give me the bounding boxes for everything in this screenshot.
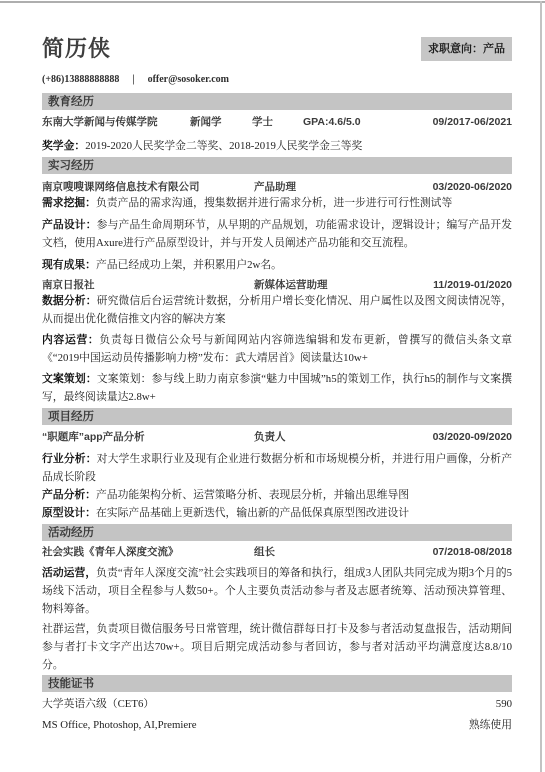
bullet-text: 参与产品生命周期环节，从早期的产品规划，功能需求设计，逻辑设计；编写产品开发文档… <box>42 219 512 249</box>
activity-name: 社会实践《青年人深度交流》 <box>42 546 254 559</box>
page-right-border <box>540 1 542 772</box>
bullet-requirement-mining: 需求挖掘：负责产品的需求沟通，搜集数据并进行需求分析，进一步进行可行性测试等 <box>42 194 512 212</box>
skill-level: 590 <box>496 697 512 712</box>
bullet-achievement: 现有成果：产品已经成功上架，并积累用户2w名。 <box>42 256 512 274</box>
bullet-data-analysis: 数据分析：研究微信后台运营统计数据，分析用户增长变化情况、用户属性以及图文阅读情… <box>42 292 512 328</box>
activity-row: 社会实践《青年人深度交流》 组长 07/2018-08/2018 <box>42 546 512 559</box>
activity-date: 07/2018-08/2018 <box>433 546 512 559</box>
education-date: 09/2017-06/2021 <box>433 116 512 129</box>
position-title: 产品助理 <box>254 181 433 194</box>
bullet-text: 研究微信后台运营统计数据，分析用户增长变化情况、用户属性以及图文阅读情况等，从而… <box>42 295 512 325</box>
major: 新闻学 <box>190 116 252 129</box>
section-header-internship: 实习经历 <box>42 157 512 174</box>
bullet-label: 现有成果： <box>42 259 96 271</box>
scholarship-label: 奖学金： <box>42 140 85 152</box>
bullet-label: 数据分析： <box>42 295 97 307</box>
bullet-text: 对大学生求职行业及现有企业进行数据分析和市场规模分析，并进行用户画像，分析产品成… <box>42 453 512 483</box>
project-name: “职题库”app产品分析 <box>42 431 254 444</box>
school-name: 东南大学新闻与传媒学院 <box>42 116 190 129</box>
degree: 学士 <box>252 116 303 129</box>
bullet-community-operation: 社群运营，负责项目微信服务号日常管理，统计微信群每日打卡及参与者活动复盘报告，活… <box>42 620 512 674</box>
job-intention-badge: 求职意向：产品 <box>421 37 512 61</box>
activity-bullets: 活动运营，负责“青年人深度交流”社会实践项目的筹备和执行，组成3人团队共同完成为… <box>42 564 512 674</box>
bullet-label: 原型设计： <box>42 507 96 519</box>
bullet-text: 社群运营，负责项目微信服务号日常管理，统计微信群每日打卡及参与者活动复盘报告，活… <box>42 623 512 671</box>
job-date: 11/2019-01/2020 <box>433 279 512 292</box>
bullet-label: 产品设计： <box>42 219 97 231</box>
bullet-prototype-design: 原型设计：在实际产品基础上更新迭代，输出新的产品低保真原型图改进设计 <box>42 504 512 522</box>
resume-content: 简历侠 求职意向：产品 (+86)13888888888|offer@sosok… <box>42 0 512 733</box>
job-row: 南京日报社 新媒体运营助理 11/2019-01/2020 <box>42 279 512 292</box>
gpa: GPA:4.6/5.0 <box>303 116 433 129</box>
phone-number: (+86)13888888888 <box>42 74 119 85</box>
project-date: 03/2020-09/2020 <box>433 431 512 444</box>
company-name: 南京日报社 <box>42 279 254 292</box>
bullet-activity-operation: 活动运营，负责“青年人深度交流”社会实践项目的筹备和执行，组成3人团队共同完成为… <box>42 564 512 618</box>
internship-job-2: 南京日报社 新媒体运营助理 11/2019-01/2020 数据分析：研究微信后… <box>42 279 512 406</box>
bullet-text: 负责“青年人深度交流”社会实践项目的筹备和执行，组成3人团队共同完成为期3个月的… <box>42 567 512 615</box>
bullet-text: 文案策划：参与线上助力南京参演“魅力中国城”h5的策划工作，执行h5的制作与文案… <box>42 373 512 403</box>
resume-header: 简历侠 求职意向：产品 <box>42 36 512 62</box>
bullet-industry-analysis: 行业分析：对大学生求职行业及现有企业进行数据分析和市场规模分析，并进行用户画像，… <box>42 450 512 486</box>
section-header-activity: 活动经历 <box>42 524 512 541</box>
email-address: offer@sosoker.com <box>148 74 229 85</box>
project-role: 负责人 <box>254 431 433 444</box>
bullet-label: 内容运营： <box>42 334 99 346</box>
skill-row-software: MS Office, Photoshop, AI,Premiere 熟练使用 <box>42 718 512 733</box>
job-row: 南京嗖嗖课网络信息技术有限公司 产品助理 03/2020-06/2020 <box>42 181 512 194</box>
bullet-label: 活动运营， <box>42 567 96 579</box>
activity-role: 组长 <box>254 546 433 559</box>
bullet-text: 在实际产品基础上更新迭代，输出新的产品低保真原型图改进设计 <box>96 507 409 519</box>
bullet-text: 产品已经成功上架，并积累用户2w名。 <box>96 259 282 271</box>
scholarship-text: 2019-2020人民奖学金二等奖、2018-2019人民奖学金三等奖 <box>85 140 362 152</box>
section-header-education: 教育经历 <box>42 93 512 110</box>
skill-name: MS Office, Photoshop, AI,Premiere <box>42 718 197 733</box>
skill-row-cet6: 大学英语六级（CET6） 590 <box>42 697 512 712</box>
bullet-label: 行业分析： <box>42 453 97 465</box>
project-row: “职题库”app产品分析 负责人 03/2020-09/2020 <box>42 431 512 444</box>
skill-name: 大学英语六级（CET6） <box>42 697 154 712</box>
job-date: 03/2020-06/2020 <box>433 181 512 194</box>
contact-separator: | <box>132 74 134 85</box>
company-name: 南京嗖嗖课网络信息技术有限公司 <box>42 181 254 194</box>
bullet-copywriting: 文案策划：文案策划：参与线上助力南京参演“魅力中国城”h5的策划工作，执行h5的… <box>42 370 512 406</box>
bullet-label: 文案策划： <box>42 373 97 385</box>
bullet-content-operation: 内容运营：负责每日微信公众号与新闻网站内容筛选编辑和发布更新，曾撰写的微信头条文… <box>42 331 512 367</box>
bullet-product-analysis: 产品分析：产品功能架构分析、运营策略分析、表现层分析，并输出思维导图 <box>42 486 512 504</box>
contact-line: (+86)13888888888|offer@sosoker.com <box>42 74 512 85</box>
scholarship-line: 奖学金：2019-2020人民奖学金二等奖、2018-2019人民奖学金三等奖 <box>42 139 512 153</box>
project-bullets: 行业分析：对大学生求职行业及现有企业进行数据分析和市场规模分析，并进行用户画像，… <box>42 450 512 522</box>
bullet-text: 负责产品的需求沟通，搜集数据并进行需求分析，进一步进行可行性测试等 <box>96 197 452 209</box>
section-header-skills: 技能证书 <box>42 675 512 692</box>
bullet-text: 负责每日微信公众号与新闻网站内容筛选编辑和发布更新，曾撰写的微信头条文章《“20… <box>42 334 512 364</box>
bullet-label: 产品分析： <box>42 489 96 501</box>
skill-level: 熟练使用 <box>469 718 512 733</box>
section-header-project: 项目经历 <box>42 408 512 425</box>
education-row: 东南大学新闻与传媒学院 新闻学 学士 GPA:4.6/5.0 09/2017-0… <box>42 116 512 129</box>
page-title: 简历侠 <box>42 36 111 62</box>
bullet-product-design: 产品设计：参与产品生命周期环节，从早期的产品规划，功能需求设计，逻辑设计；编写产… <box>42 216 512 252</box>
position-title: 新媒体运营助理 <box>254 279 433 292</box>
internship-job-1: 南京嗖嗖课网络信息技术有限公司 产品助理 03/2020-06/2020 需求挖… <box>42 181 512 274</box>
bullet-label: 需求挖掘： <box>42 197 96 209</box>
bullet-text: 产品功能架构分析、运营策略分析、表现层分析，并输出思维导图 <box>96 489 409 501</box>
